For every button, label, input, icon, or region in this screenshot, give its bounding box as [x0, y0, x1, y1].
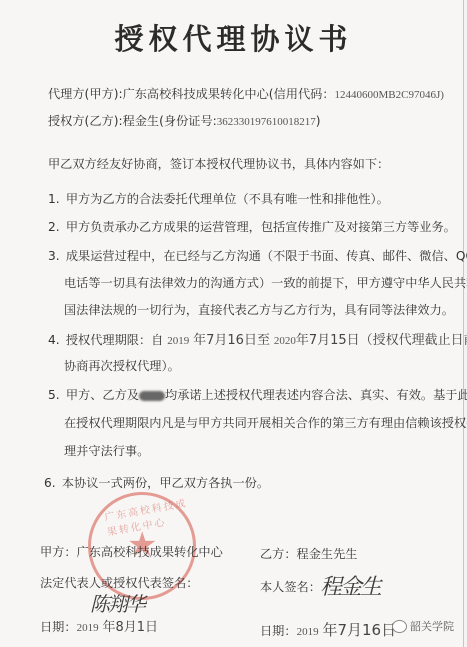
wechat-icon — [392, 620, 407, 633]
date-label: 日期： — [40, 620, 77, 634]
watermark-text: 韶关学院 — [410, 618, 454, 634]
start-year: 2019 — [167, 335, 189, 347]
clause-6: 6. 本协议一式两份，甲乙双方各执一份。 — [44, 474, 269, 491]
date-rest: 年8月1日 — [102, 620, 158, 635]
agent-label: 代理方(甲方): — [48, 87, 123, 101]
clause-number: 4. — [48, 333, 62, 347]
authorizer-name: 程金生(身份证号: — [123, 114, 217, 128]
party-b-sign-label: 本人签名： — [260, 578, 321, 595]
clause-text: 本协议一式两份，甲乙双方各执一份。 — [62, 476, 269, 490]
clause-3-line-2: 电话等一切具有法律效力的沟通方式）一致的前提下，甲方遵守中华人民共和 — [64, 274, 467, 291]
clause-4: 4. 授权代理期限：自 2019 年7月16日至 2020年7月15日（授权代理… — [48, 329, 467, 348]
clause-number: 5. — [48, 388, 62, 402]
watermark: 韶关学院 — [392, 618, 454, 634]
authorizer-id-number: 362330197610018217 — [217, 116, 316, 128]
document-page: 授权代理协议书 代理方(甲方):广东高校科技成果转化中心(信用代码：124406… — [0, 0, 464, 647]
clause-text: 甲方为乙方的合法委托代理单位（不具有唯一性和排他性）。 — [66, 192, 389, 206]
date-label: 日期： — [260, 624, 297, 638]
agent-credit-code: 12440600MB2C97046J) — [335, 89, 444, 101]
agent-name: 广东高校科技成果转化中心(信用代码： — [123, 87, 335, 101]
clause-text: 授权代理期限：自 — [66, 333, 164, 347]
redacted-mark — [139, 391, 165, 401]
clause-text: 甲方负责承办乙方成果的运营管理，包括宣传推广及对接第三方等业务。 — [66, 220, 456, 234]
end-year: 2020 — [274, 335, 296, 347]
date-year: 2019 — [297, 626, 319, 638]
start-date: 年7月16日至 — [193, 333, 270, 348]
clause-number: 1. — [48, 192, 62, 206]
party-a-label: 甲方：广东高校科技成果转化中心 — [40, 543, 223, 560]
authorizer-label: 授权方(乙方): — [48, 114, 123, 128]
clause-3: 3. 成果运营过程中，在已经与乙方沟通（不限于书面、传真、邮件、微信、QQ、 — [48, 247, 467, 264]
authorizer-line: 授权方(乙方):程金生(身份证号:362330197610018217) — [48, 112, 321, 129]
clause-5-line-2: 在授权代理期限内凡是与甲方共同开展相关合作的第三方有理由信赖该授权代 — [64, 414, 467, 431]
date-year: 2019 — [77, 622, 99, 634]
clause-number: 2. — [48, 220, 62, 234]
party-b-label: 乙方：程金生先生 — [260, 545, 358, 562]
clause-3-line-3: 国法律法规的一切行为，直接代表乙方与乙方行为，具有同等法律效力。 — [64, 301, 454, 318]
clause-1: 1. 甲方为乙方的合法委托代理单位（不具有唯一性和排他性）。 — [48, 190, 389, 207]
party-a-date: 日期：2019 年8月1日 — [40, 616, 158, 635]
clause-2: 2. 甲方负责承办乙方成果的运营管理，包括宣传推广及对接第三方等业务。 — [48, 218, 456, 235]
agent-line: 代理方(甲方):广东高校科技成果转化中心(信用代码：12440600MB2C97… — [48, 85, 444, 102]
document-title: 授权代理协议书 — [0, 17, 467, 58]
party-a-signature: 陈翔华 — [90, 588, 144, 617]
end-date: 年7月15日（授权代理截止日前可 — [296, 333, 467, 348]
clause-text-cont: 均承诺上述授权代理表述内容合法、真实、有效。基于此， — [165, 388, 467, 402]
clause-number: 3. — [48, 249, 62, 263]
party-b-date: 日期：2019 年7月16日 — [260, 619, 396, 640]
authorizer-close: ) — [316, 114, 321, 128]
intro-text: 甲乙双方经友好协商，签订本授权代理协议书，具体内容如下： — [48, 155, 389, 172]
clause-5: 5. 甲方、乙方及均承诺上述授权代理表述内容合法、真实、有效。基于此， — [48, 386, 467, 403]
party-b-signature: 程金生 — [320, 570, 380, 601]
clause-number: 6. — [44, 476, 58, 490]
clause-4-line-2: 协商再次授权代理）。 — [64, 357, 180, 374]
clause-text: 成果运营过程中，在已经与乙方沟通（不限于书面、传真、邮件、微信、QQ、 — [66, 249, 467, 263]
clause-5-line-3: 理并守法行事。 — [64, 442, 149, 459]
date-rest: 年7月16日 — [322, 621, 396, 639]
clause-text: 甲方、乙方及 — [66, 388, 139, 402]
